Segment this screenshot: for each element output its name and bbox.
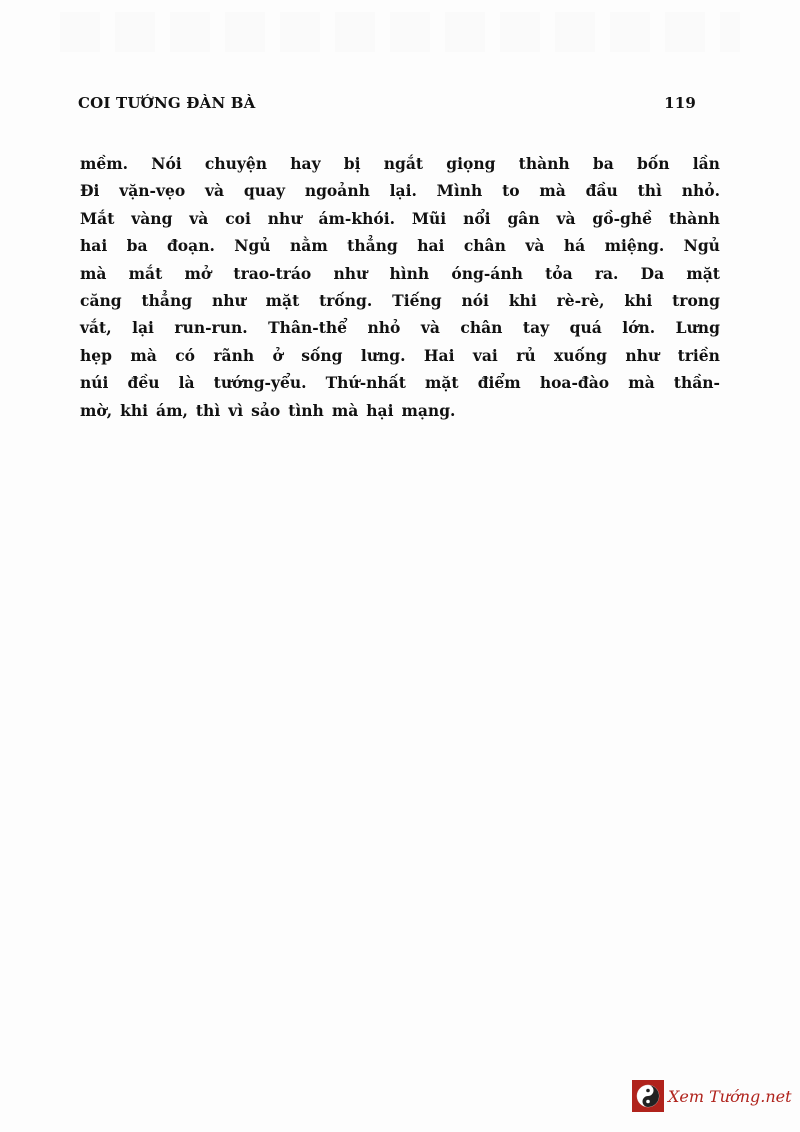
- word: tình: [288, 397, 324, 424]
- word: và: [205, 177, 224, 204]
- word: thì: [638, 177, 662, 204]
- word: chuyện: [205, 150, 267, 177]
- word: tướng-yểu.: [214, 369, 307, 396]
- text-line: Đivặn-vẹovàquayngoảnhlại.Mìnhtomàđầuthìn…: [80, 177, 720, 204]
- word: mặt: [686, 260, 720, 287]
- word: hại: [366, 397, 393, 424]
- text-line: căngthẳngnhưmặttrống.Tiếngnóikhirè-rè,kh…: [80, 287, 720, 314]
- word: thần-: [674, 369, 720, 396]
- text-line: núiđềulàtướng-yểu.Thứ-nhấtmặtđiểmhoa-đào…: [80, 369, 720, 396]
- word: điểm: [478, 369, 521, 396]
- word: giọng: [446, 150, 495, 177]
- word: như: [268, 205, 302, 232]
- word: vắt,: [80, 314, 112, 341]
- word: gân: [507, 205, 539, 232]
- site-watermark: Xem Tướng.net: [632, 1080, 792, 1112]
- word: sống: [301, 342, 342, 369]
- yin-yang-icon: [632, 1080, 664, 1112]
- word: tay: [523, 314, 549, 341]
- word: trao-tráo: [233, 260, 311, 287]
- word: vặn-vẹo: [119, 177, 185, 204]
- word: khi: [624, 287, 652, 314]
- word: và: [556, 205, 575, 232]
- word: thẳng: [141, 287, 192, 314]
- word: và: [525, 232, 544, 259]
- word: hay: [290, 150, 320, 177]
- word: mờ,: [80, 397, 112, 424]
- word: run-run.: [174, 314, 247, 341]
- word: là: [179, 369, 195, 396]
- word: hẹp: [80, 342, 112, 369]
- word: tỏa: [545, 260, 573, 287]
- word: hình: [390, 260, 430, 287]
- book-page: COI TƯỚNG ĐÀN BÀ 119 mềm.Nóichuyệnhaybịn…: [0, 0, 800, 1132]
- word: khi: [120, 397, 148, 424]
- text-line: màmắtmởtrao-tráonhưhìnhóng-ánhtỏara.Damặ…: [80, 260, 720, 287]
- text-line: hẹpmàcórãnhởsốnglưng.Haivairủxuốngnhưtri…: [80, 342, 720, 369]
- word: hoa-đào: [540, 369, 609, 396]
- word: nhỏ.: [682, 177, 720, 204]
- word: mà: [80, 260, 106, 287]
- word: Lưng: [676, 314, 720, 341]
- running-header: COI TƯỚNG ĐÀN BÀ 119: [78, 94, 696, 112]
- word: và: [421, 314, 440, 341]
- word: nằm: [290, 232, 328, 259]
- word: ám-khói.: [318, 205, 395, 232]
- text-line: haibađoạn.Ngủnằmthẳnghaichânvàhámiệng.Ng…: [80, 232, 720, 259]
- word: lần: [693, 150, 720, 177]
- word: căng: [80, 287, 122, 314]
- word: núi: [80, 369, 108, 396]
- word: bốn: [637, 150, 669, 177]
- word: thẳng: [347, 232, 398, 259]
- word: ngắt: [384, 150, 423, 177]
- bleed-through-text: [60, 12, 740, 52]
- word: Đi: [80, 177, 99, 204]
- word: mà: [539, 177, 565, 204]
- word: to: [502, 177, 520, 204]
- word: mà: [628, 369, 654, 396]
- word: lưng.: [361, 342, 406, 369]
- word: đều: [128, 369, 160, 396]
- word: quá: [570, 314, 602, 341]
- word: vàng: [131, 205, 172, 232]
- word: Mắt: [80, 205, 114, 232]
- word: mà: [332, 397, 358, 424]
- word: trống.: [319, 287, 372, 314]
- word: xuống: [554, 342, 607, 369]
- word: hai: [80, 232, 107, 259]
- word: Ngủ: [684, 232, 720, 259]
- word: nổi: [463, 205, 491, 232]
- word: rãnh: [213, 342, 254, 369]
- word: gồ-ghề: [592, 205, 652, 232]
- word: thành: [669, 205, 720, 232]
- word: miệng.: [605, 232, 665, 259]
- text-line: Mắtvàngvàcoinhưám-khói.Mũinổigânvàgồ-ghề…: [80, 205, 720, 232]
- word: ba: [593, 150, 614, 177]
- word: khi: [509, 287, 537, 314]
- word: quay: [244, 177, 285, 204]
- word: Thứ-nhất: [326, 369, 406, 396]
- word: mặt: [266, 287, 300, 314]
- word: nói: [461, 287, 489, 314]
- word: như: [625, 342, 659, 369]
- word: ngoảnh: [305, 177, 370, 204]
- word: mà: [130, 342, 156, 369]
- word: ám,: [156, 397, 188, 424]
- word: mặt: [425, 369, 459, 396]
- watermark-text: Xem Tướng.net: [668, 1087, 792, 1106]
- word: óng-ánh: [451, 260, 522, 287]
- word: mềm.: [80, 150, 128, 177]
- word: chân: [460, 314, 502, 341]
- word: Hai: [424, 342, 455, 369]
- word: mạng.: [401, 397, 455, 424]
- word: vì: [228, 397, 243, 424]
- word: Da: [641, 260, 665, 287]
- word: như: [333, 260, 367, 287]
- word: hai: [417, 232, 444, 259]
- word: rủ: [516, 342, 535, 369]
- word: ở: [273, 342, 283, 369]
- word: mắt: [129, 260, 163, 287]
- page-number: 119: [664, 94, 696, 112]
- word: đầu: [586, 177, 618, 204]
- word: vai: [473, 342, 498, 369]
- word: rè-rè,: [557, 287, 605, 314]
- word: thành: [519, 150, 570, 177]
- word: sảo: [251, 397, 280, 424]
- word: Mình: [437, 177, 483, 204]
- word: há: [564, 232, 585, 259]
- body-paragraph: mềm.Nóichuyệnhaybịngắtgiọngthànhbabốnlần…: [80, 150, 720, 424]
- word: có: [175, 342, 195, 369]
- word: lại: [132, 314, 154, 341]
- word: thì: [196, 397, 220, 424]
- word: Tiếng: [392, 287, 441, 314]
- chapter-title: COI TƯỚNG ĐÀN BÀ: [78, 94, 256, 112]
- word: và: [189, 205, 208, 232]
- word: chân: [464, 232, 506, 259]
- word: Mũi: [412, 205, 446, 232]
- word: như: [212, 287, 246, 314]
- word: Nói: [151, 150, 181, 177]
- text-line: mềm.Nóichuyệnhaybịngắtgiọngthànhbabốnlần: [80, 150, 720, 177]
- word: nhỏ: [367, 314, 400, 341]
- word: coi: [225, 205, 251, 232]
- word: ra.: [595, 260, 619, 287]
- word: mở: [184, 260, 211, 287]
- word: Ngủ: [234, 232, 270, 259]
- word: bị: [344, 150, 361, 177]
- word: triền: [678, 342, 720, 369]
- word: lớn.: [622, 314, 655, 341]
- text-line: vắt,lạirun-run.Thân-thểnhỏvàchântayquálớ…: [80, 314, 720, 341]
- text-line: mờ,khiám,thìvìsảotìnhmàhạimạng.: [80, 397, 720, 424]
- word: trong: [672, 287, 720, 314]
- word: ba: [127, 232, 148, 259]
- word: lại.: [390, 177, 417, 204]
- word: đoạn.: [167, 232, 215, 259]
- word: Thân-thể: [268, 314, 347, 341]
